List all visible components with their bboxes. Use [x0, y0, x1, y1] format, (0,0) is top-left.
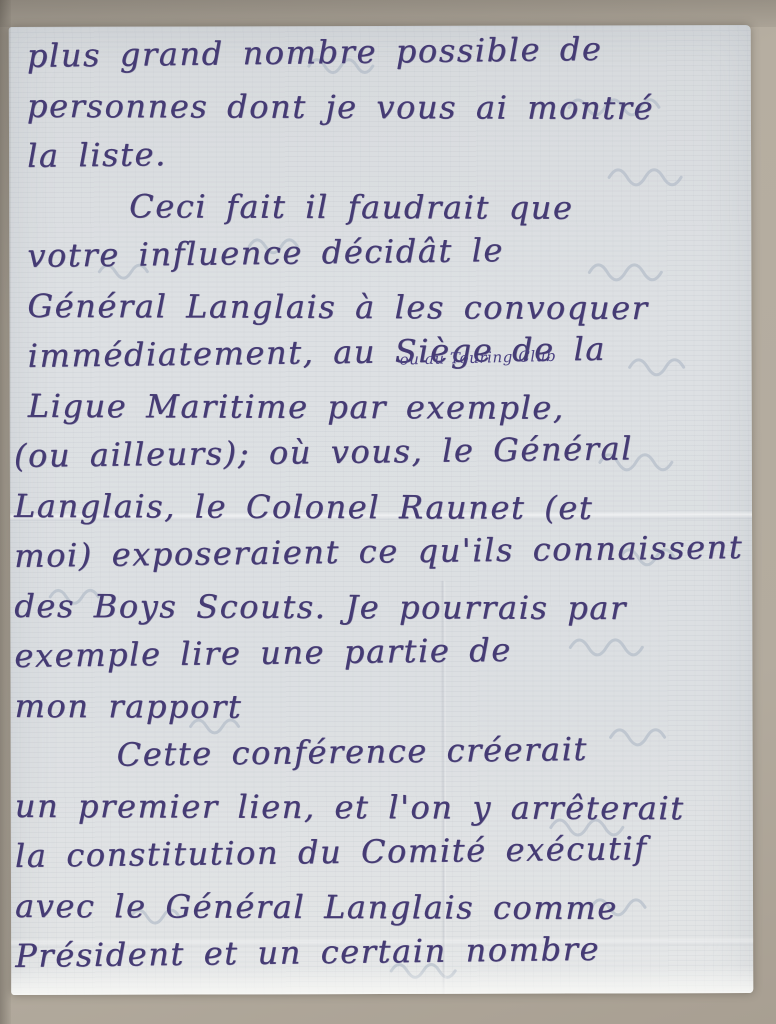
- handwritten-line: Cette conférence créerait: [14, 722, 751, 781]
- letter-body: plus grand nombre possible depersonnes d…: [27, 29, 751, 981]
- handwritten-line: votre influence décidât le: [27, 222, 750, 281]
- letter-photograph: plus grand nombre possible depersonnes d…: [0, 0, 776, 1024]
- letter-page: plus grand nombre possible depersonnes d…: [9, 25, 754, 995]
- handwritten-line: immédiatement, au Siège de la: [27, 322, 750, 381]
- handwritten-line: la constitution du Comité exécutif: [15, 822, 752, 881]
- interlinear-insertion: ou au Touring Club: [399, 347, 556, 369]
- handwritten-line: (ou ailleurs); où vous, le Général: [14, 422, 751, 481]
- handwritten-line: exemple lire une partie de: [14, 622, 751, 681]
- handwritten-line: moi) exposeraient ce qu'ils connaissent: [14, 522, 751, 581]
- handwritten-line: plus grand nombre possible de: [27, 22, 750, 81]
- handwritten-line: la liste.: [27, 122, 750, 181]
- handwritten-line: Président et un certain nombre: [15, 922, 752, 981]
